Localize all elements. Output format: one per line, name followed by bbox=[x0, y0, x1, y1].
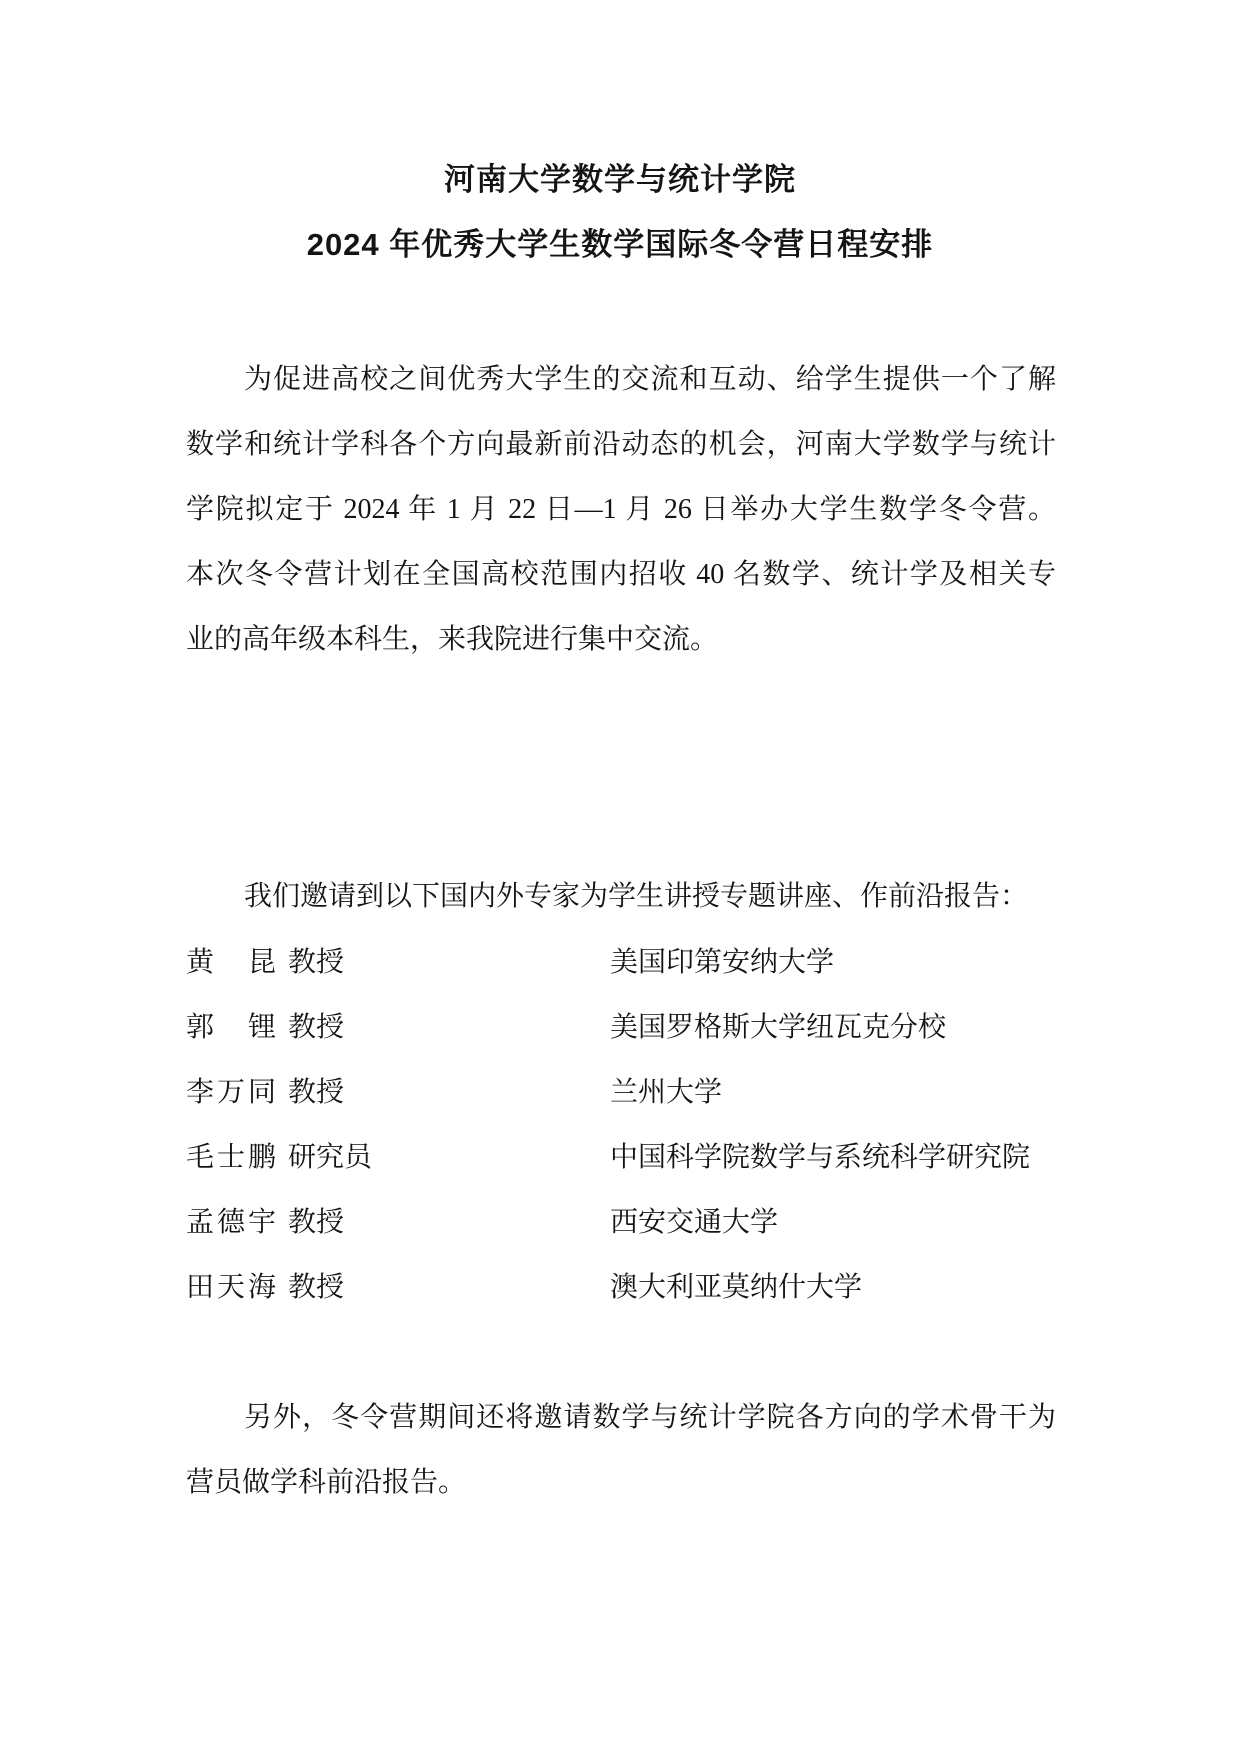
expert-organization: 澳大利亚莫纳什大学 bbox=[610, 1255, 862, 1320]
paragraph-line: 另外，冬令营期间还将邀请数学与统计学院各方向的学术骨干为 bbox=[186, 1385, 1056, 1450]
expert-organization: 西安交通大学 bbox=[610, 1190, 778, 1255]
intro-paragraph: 为促进高校之间优秀大学生的交流和互动、给学生提供一个了解 数学和统计学科各个方向… bbox=[186, 347, 1056, 672]
expert-name: 孟德宇 bbox=[186, 1190, 276, 1255]
paragraph-line: 数学和统计学科各个方向最新前沿动态的机会，河南大学数学与统计 bbox=[186, 412, 1056, 477]
expert-name: 郭锂 bbox=[186, 995, 276, 1060]
expert-organization: 美国印第安纳大学 bbox=[610, 930, 834, 995]
expert-row: 田天海教授 澳大利亚莫纳什大学 bbox=[186, 1255, 1056, 1320]
document-title-line2: 2024 年优秀大学生数学国际冬令营日程安排 bbox=[0, 229, 1240, 260]
expert-title: 教授 bbox=[288, 1012, 344, 1043]
expert-name: 李万同 bbox=[186, 1060, 276, 1125]
expert-title: 教授 bbox=[288, 1272, 344, 1303]
paragraph-line: 本次冬令营计划在全国高校范围内招收 40 名数学、统计学及相关专 bbox=[186, 542, 1056, 607]
expert-title: 教授 bbox=[288, 947, 344, 978]
expert-organization: 兰州大学 bbox=[610, 1060, 722, 1125]
invite-line-block: 我们邀请到以下国内外专家为学生讲授专题讲座、作前沿报告： bbox=[186, 864, 1056, 929]
expert-row: 李万同教授 兰州大学 bbox=[186, 1060, 1056, 1125]
expert-row: 孟德宇教授 西安交通大学 bbox=[186, 1190, 1056, 1255]
expert-name: 毛士鹏 bbox=[186, 1125, 276, 1190]
invite-line: 我们邀请到以下国内外专家为学生讲授专题讲座、作前沿报告： bbox=[186, 864, 1056, 929]
document-title-line1: 河南大学数学与统计学院 bbox=[0, 164, 1240, 195]
experts-list: 黄昆教授 美国印第安纳大学 郭锂教授 美国罗格斯大学纽瓦克分校 李万同教授 兰州… bbox=[186, 930, 1056, 1320]
document-page: 河南大学数学与统计学院 2024 年优秀大学生数学国际冬令营日程安排 为促进高校… bbox=[0, 0, 1240, 1753]
expert-name: 黄昆 bbox=[186, 930, 276, 995]
paragraph-line: 营员做学科前沿报告。 bbox=[186, 1450, 1056, 1515]
expert-title: 教授 bbox=[288, 1077, 344, 1108]
expert-title: 研究员 bbox=[288, 1142, 372, 1173]
expert-name: 田天海 bbox=[186, 1255, 276, 1320]
expert-organization: 中国科学院数学与系统科学研究院 bbox=[610, 1125, 1030, 1190]
paragraph-line: 为促进高校之间优秀大学生的交流和互动、给学生提供一个了解 bbox=[186, 347, 1056, 412]
expert-organization: 美国罗格斯大学纽瓦克分校 bbox=[610, 995, 946, 1060]
closing-paragraph: 另外，冬令营期间还将邀请数学与统计学院各方向的学术骨干为 营员做学科前沿报告。 bbox=[186, 1385, 1056, 1515]
expert-row: 毛士鹏研究员 中国科学院数学与系统科学研究院 bbox=[186, 1125, 1056, 1190]
expert-row: 郭锂教授 美国罗格斯大学纽瓦克分校 bbox=[186, 995, 1056, 1060]
expert-row: 黄昆教授 美国印第安纳大学 bbox=[186, 930, 1056, 995]
expert-title: 教授 bbox=[288, 1207, 344, 1238]
paragraph-line: 学院拟定于 2024 年 1 月 22 日—1 月 26 日举办大学生数学冬令营… bbox=[186, 477, 1056, 542]
paragraph-line: 业的高年级本科生，来我院进行集中交流。 bbox=[186, 607, 1056, 672]
